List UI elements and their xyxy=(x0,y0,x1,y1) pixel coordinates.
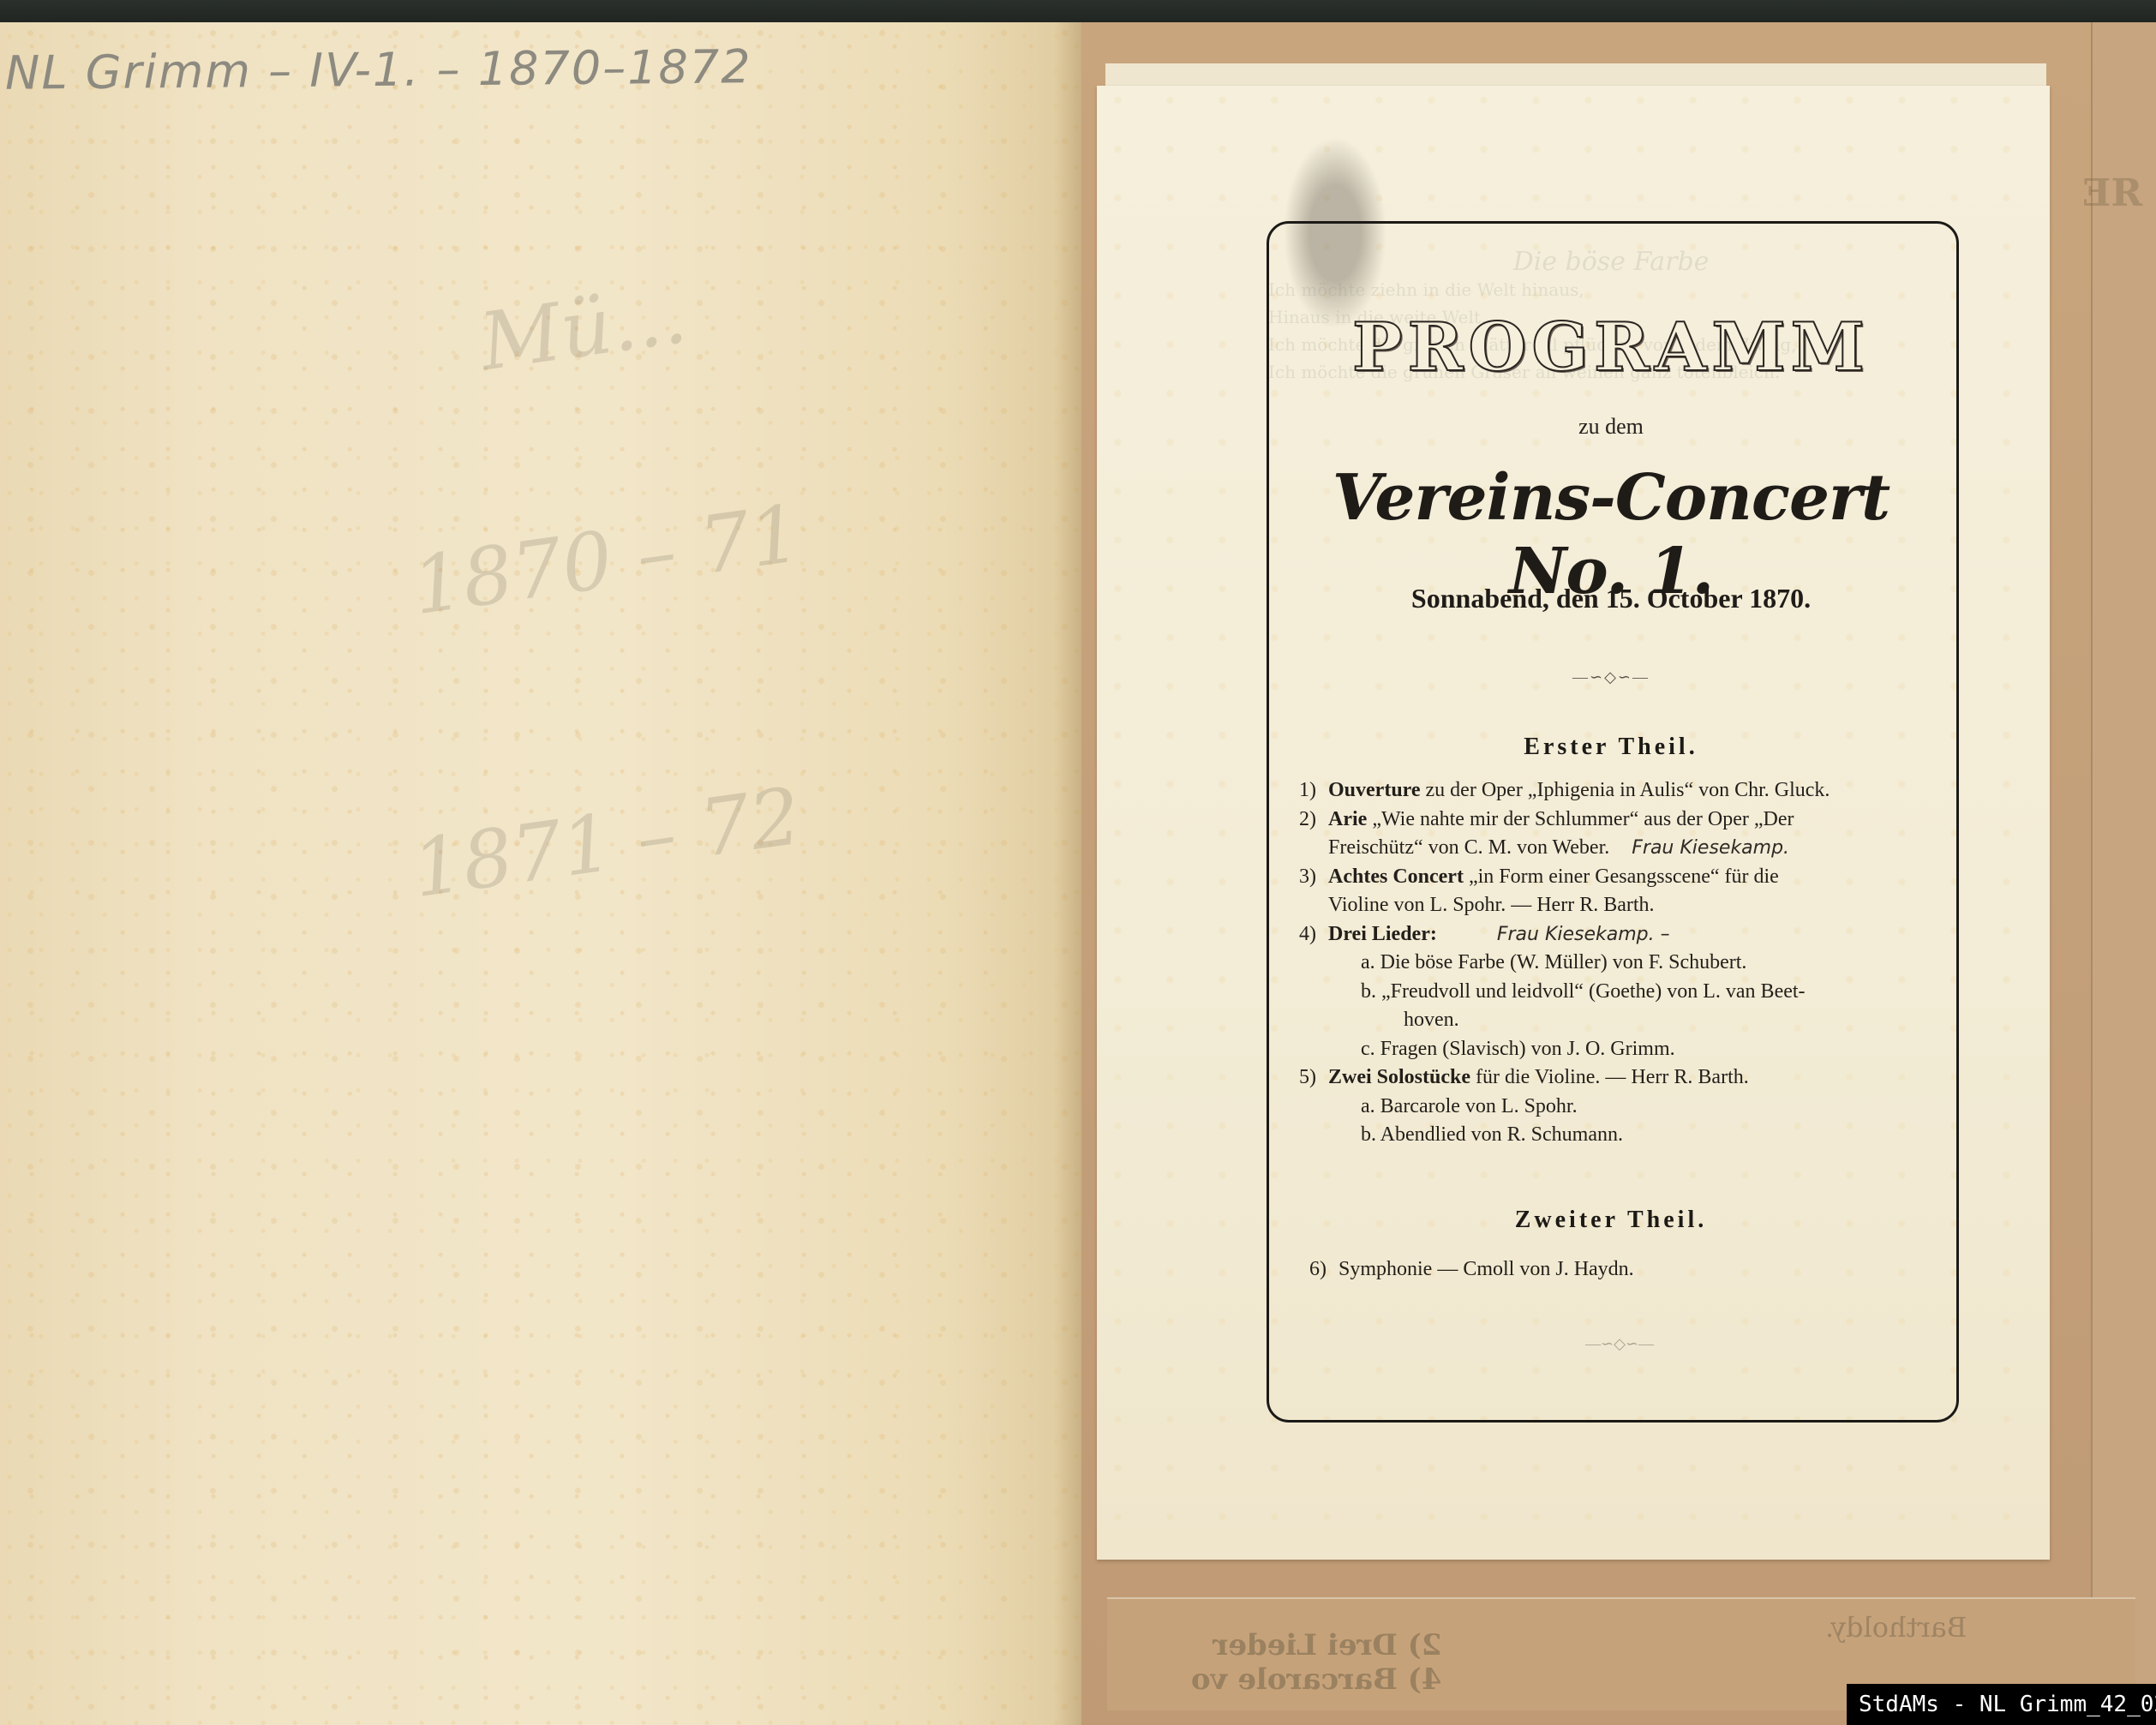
item-continuation: Freischütz“ von C. M. von Weber.Frau Kie… xyxy=(1299,834,1950,863)
pencil-shelfmark-annotation: NL Grimm – IV-1. – 1870–1872 xyxy=(5,39,752,100)
item-continuation: Violine von L. Spohr. — Herr R. Barth. xyxy=(1299,891,1950,920)
sub-item: a. Die böse Farbe (W. Müller) von F. Sch… xyxy=(1299,949,1950,978)
offset-line: 4) Barcarole vo xyxy=(1191,1662,1441,1697)
programme-item: 3) Achtes Concert „in Form einer Gesangs… xyxy=(1299,863,1950,892)
board-bleed-mark: ƎR xyxy=(2082,171,2142,215)
item-text: Symphonie — Cmoll von J. Haydn. xyxy=(1339,1258,1961,1281)
sub-item-continuation: hoven. xyxy=(1299,1006,1950,1035)
item-text: Freischütz“ von C. M. von Weber. xyxy=(1328,836,1609,859)
ornament-divider-icon: —∽◇∽— xyxy=(1568,1335,1671,1353)
concert-date: Sonnabend, den 15. October 1870. xyxy=(1268,583,1954,614)
item-text: Violine von L. Spohr. — Herr R. Barth. xyxy=(1328,894,1655,916)
programme-item: 5) Zwei Solostücke für die Violine. — He… xyxy=(1299,1063,1950,1093)
item-number: 2) xyxy=(1299,806,1328,835)
item-number: 6) xyxy=(1309,1258,1339,1281)
part-two-heading: Zweiter Theil. xyxy=(1268,1207,1954,1234)
item-text: zu der Oper „Iphigenia in Aulis“ von Chr… xyxy=(1421,779,1830,801)
part-two-list: 6) Symphonie — Cmoll von J. Haydn. xyxy=(1309,1258,1961,1281)
handwritten-performer-note: Frau Kiesekamp. xyxy=(1632,837,1789,859)
item-number: 5) xyxy=(1299,1063,1328,1093)
sub-item: b. Abendlied von R. Schumann. xyxy=(1299,1121,1950,1150)
item-number: 4) xyxy=(1299,920,1328,949)
item-text: „Wie nahte mir der Schlummer“ aus der Op… xyxy=(1367,808,1794,830)
part-one-heading: Erster Theil. xyxy=(1268,734,1954,761)
item-title: Zwei Solostücke xyxy=(1328,1066,1470,1088)
sub-item: c. Fragen (Slavisch) von J. O. Grimm. xyxy=(1299,1035,1950,1064)
item-title: Ouverture xyxy=(1328,779,1421,801)
item-title: Achtes Concert xyxy=(1328,865,1464,888)
mirrored-ink-offset: 2) Drei Lieder 4) Barcarole vo xyxy=(1191,1628,1441,1697)
board-edge-strip xyxy=(2091,22,2156,1693)
programme-heading: PROGRAMM xyxy=(1268,308,1954,386)
mirrored-ink-offset: Bartholdy. xyxy=(1825,1611,1967,1644)
ornament-divider-icon: —∽◇∽— xyxy=(1542,668,1680,686)
sub-item: a. Barcarole von L. Spohr. xyxy=(1299,1093,1950,1122)
item-title: Arie xyxy=(1328,808,1367,830)
programme-item: 6) Symphonie — Cmoll von J. Haydn. xyxy=(1309,1258,1961,1281)
programme-item: 1) Ouverture zu der Oper „Iphigenia in A… xyxy=(1299,776,1950,806)
programme-subheading: zu dem xyxy=(1268,414,1954,440)
archive-reference-label: StdAMs - NL Grimm_42_02 xyxy=(1847,1684,2156,1725)
part-one-list: 1) Ouverture zu der Oper „Iphigenia in A… xyxy=(1299,776,1950,1150)
item-number: 1) xyxy=(1299,776,1328,806)
sub-item: b. „Freudvoll und leidvoll“ (Goethe) von… xyxy=(1299,978,1950,1007)
item-number: 3) xyxy=(1299,863,1328,892)
programme-item: 2) Arie „Wie nahte mir der Schlummer“ au… xyxy=(1299,806,1950,835)
item-text: für die Violine. — Herr R. Barth. xyxy=(1470,1066,1749,1088)
item-title: Drei Lieder: xyxy=(1328,923,1437,945)
handwritten-performer-note: Frau Kiesekamp. – xyxy=(1497,924,1670,945)
item-text: „in Form einer Gesangsscene“ für die xyxy=(1464,865,1779,888)
programme-item: 4) Drei Lieder:Frau Kiesekamp. – xyxy=(1299,920,1950,949)
offset-line: 2) Drei Lieder xyxy=(1191,1628,1441,1662)
